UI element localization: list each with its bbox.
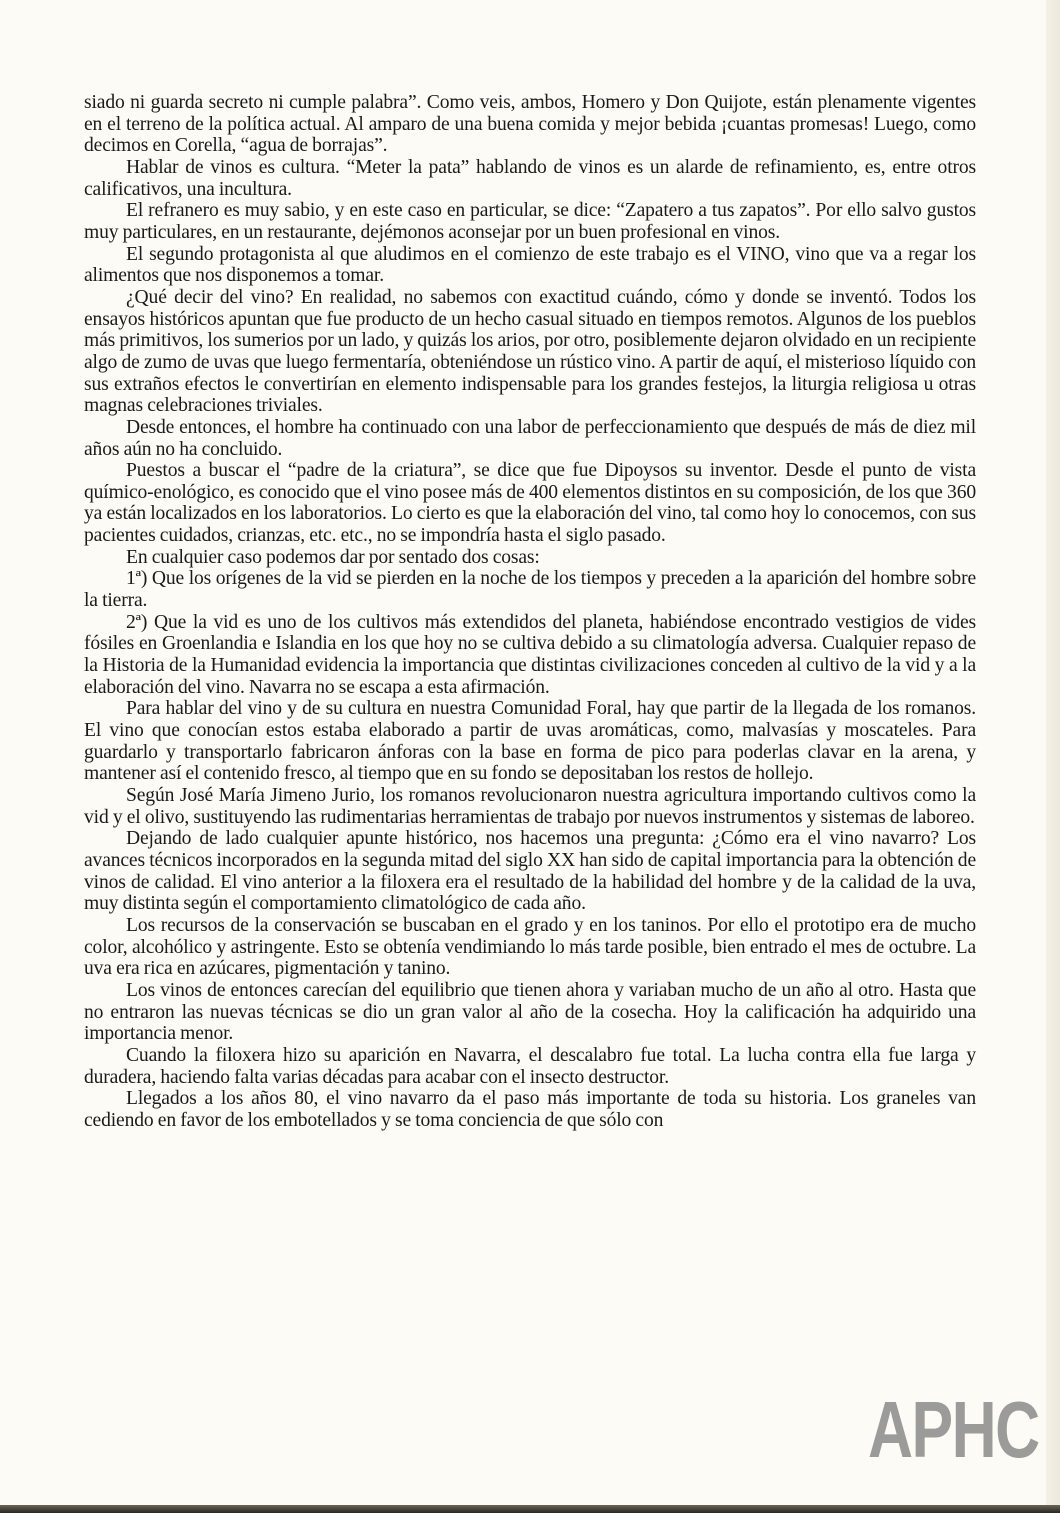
- paragraph-8: En cualquier caso podemos dar por sentad…: [84, 547, 976, 569]
- paragraph-1: siado ni guarda secreto ni cumple palabr…: [84, 92, 976, 157]
- watermark-logo: APHC: [868, 1390, 1039, 1470]
- paragraph-11: Para hablar del vino y de su cultura en …: [84, 698, 976, 785]
- paragraph-14: Los recursos de la conservación se busca…: [84, 915, 976, 980]
- page-edge-right: [1046, 0, 1060, 1513]
- paragraph-2: Hablar de vinos es cultura. “Meter la pa…: [84, 157, 976, 200]
- paragraph-9: 1ª) Que los orígenes de la vid se pierde…: [84, 568, 976, 611]
- paragraph-10: 2ª) Que la vid es uno de los cultivos má…: [84, 612, 976, 699]
- paragraph-4: El segundo protagonista al que aludimos …: [84, 244, 976, 287]
- paragraph-12: Según José María Jimeno Jurio, los roman…: [84, 785, 976, 828]
- document-body: siado ni guarda secreto ni cumple palabr…: [84, 92, 976, 1132]
- paragraph-5: ¿Qué decir del vino? En realidad, no sab…: [84, 287, 976, 417]
- paragraph-16: Cuando la filoxera hizo su aparición en …: [84, 1045, 976, 1088]
- paragraph-15: Los vinos de entonces carecían del equil…: [84, 980, 976, 1045]
- paragraph-3: El refranero es muy sabio, y en este cas…: [84, 200, 976, 243]
- paragraph-7: Puestos a buscar el “padre de la criatur…: [84, 460, 976, 547]
- paragraph-13: Dejando de lado cualquier apunte históri…: [84, 828, 976, 915]
- paragraph-17: Llegados a los años 80, el vino navarro …: [84, 1088, 976, 1131]
- page-edge-bottom: [0, 1505, 1060, 1513]
- paragraph-6: Desde entonces, el hombre ha continuado …: [84, 417, 976, 460]
